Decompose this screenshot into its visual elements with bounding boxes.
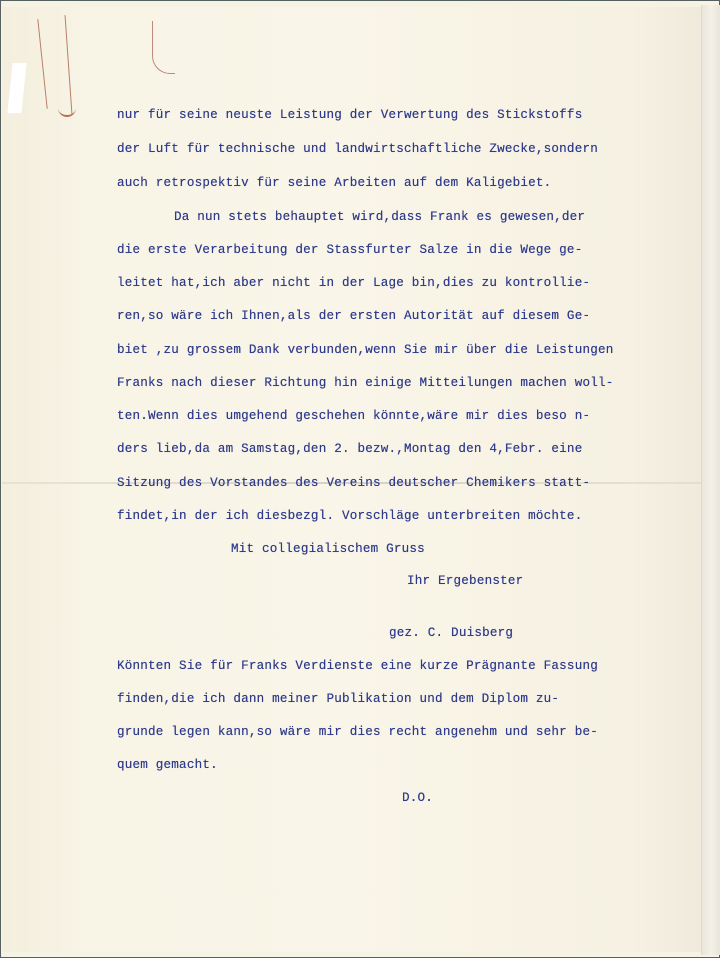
pencil-mark xyxy=(58,107,76,117)
body-line: auch retrospektiv für seine Arbeiten auf… xyxy=(117,176,551,190)
signature: gez. C. Duisberg xyxy=(389,626,513,640)
postscript-line: quem gemacht. xyxy=(117,758,218,772)
paper-tear xyxy=(7,63,26,113)
initials: D.O. xyxy=(402,791,433,805)
body-line: Sitzung des Vorstandes des Vereins deuts… xyxy=(117,476,590,490)
closing-line: Mit collegialischem Gruss xyxy=(231,542,425,556)
body-line: die erste Verarbeitung der Stassfurter S… xyxy=(117,243,582,257)
body-line: leitet hat,ich aber nicht in der Lage bi… xyxy=(117,276,590,290)
valediction: Ihr Ergebenster xyxy=(407,574,523,588)
pencil-mark xyxy=(65,15,73,115)
body-line: ten.Wenn dies umgehend geschehen könnte,… xyxy=(117,409,590,423)
pencil-mark xyxy=(152,21,175,74)
paper-edge xyxy=(701,5,720,955)
postscript-line: grunde legen kann,so wäre mir dies recht… xyxy=(117,725,598,739)
body-line: ders lieb,da am Samstag,den 2. bezw.,Mon… xyxy=(117,442,582,456)
body-line: Franks nach dieser Richtung hin einige M… xyxy=(117,376,613,390)
body-line: der Luft für technische und landwirtscha… xyxy=(117,142,598,156)
postscript-line: finden,die ich dann meiner Publikation u… xyxy=(117,692,559,706)
body-line: findet,in der ich diesbezgl. Vorschläge … xyxy=(117,509,582,523)
body-line: ren,so wäre ich Ihnen,als der ersten Aut… xyxy=(117,309,590,323)
letter-page: nur für seine neuste Leistung der Verwer… xyxy=(2,7,702,952)
scanned-letter-frame: nur für seine neuste Leistung der Verwer… xyxy=(0,0,720,958)
body-line: Da nun stets behauptet wird,dass Frank e… xyxy=(174,210,585,224)
pencil-mark xyxy=(37,19,47,109)
postscript-line: Könnten Sie für Franks Verdienste eine k… xyxy=(117,659,598,673)
body-line: biet ,zu grossem Dank verbunden,wenn Sie… xyxy=(117,343,613,357)
body-line: nur für seine neuste Leistung der Verwer… xyxy=(117,108,582,122)
